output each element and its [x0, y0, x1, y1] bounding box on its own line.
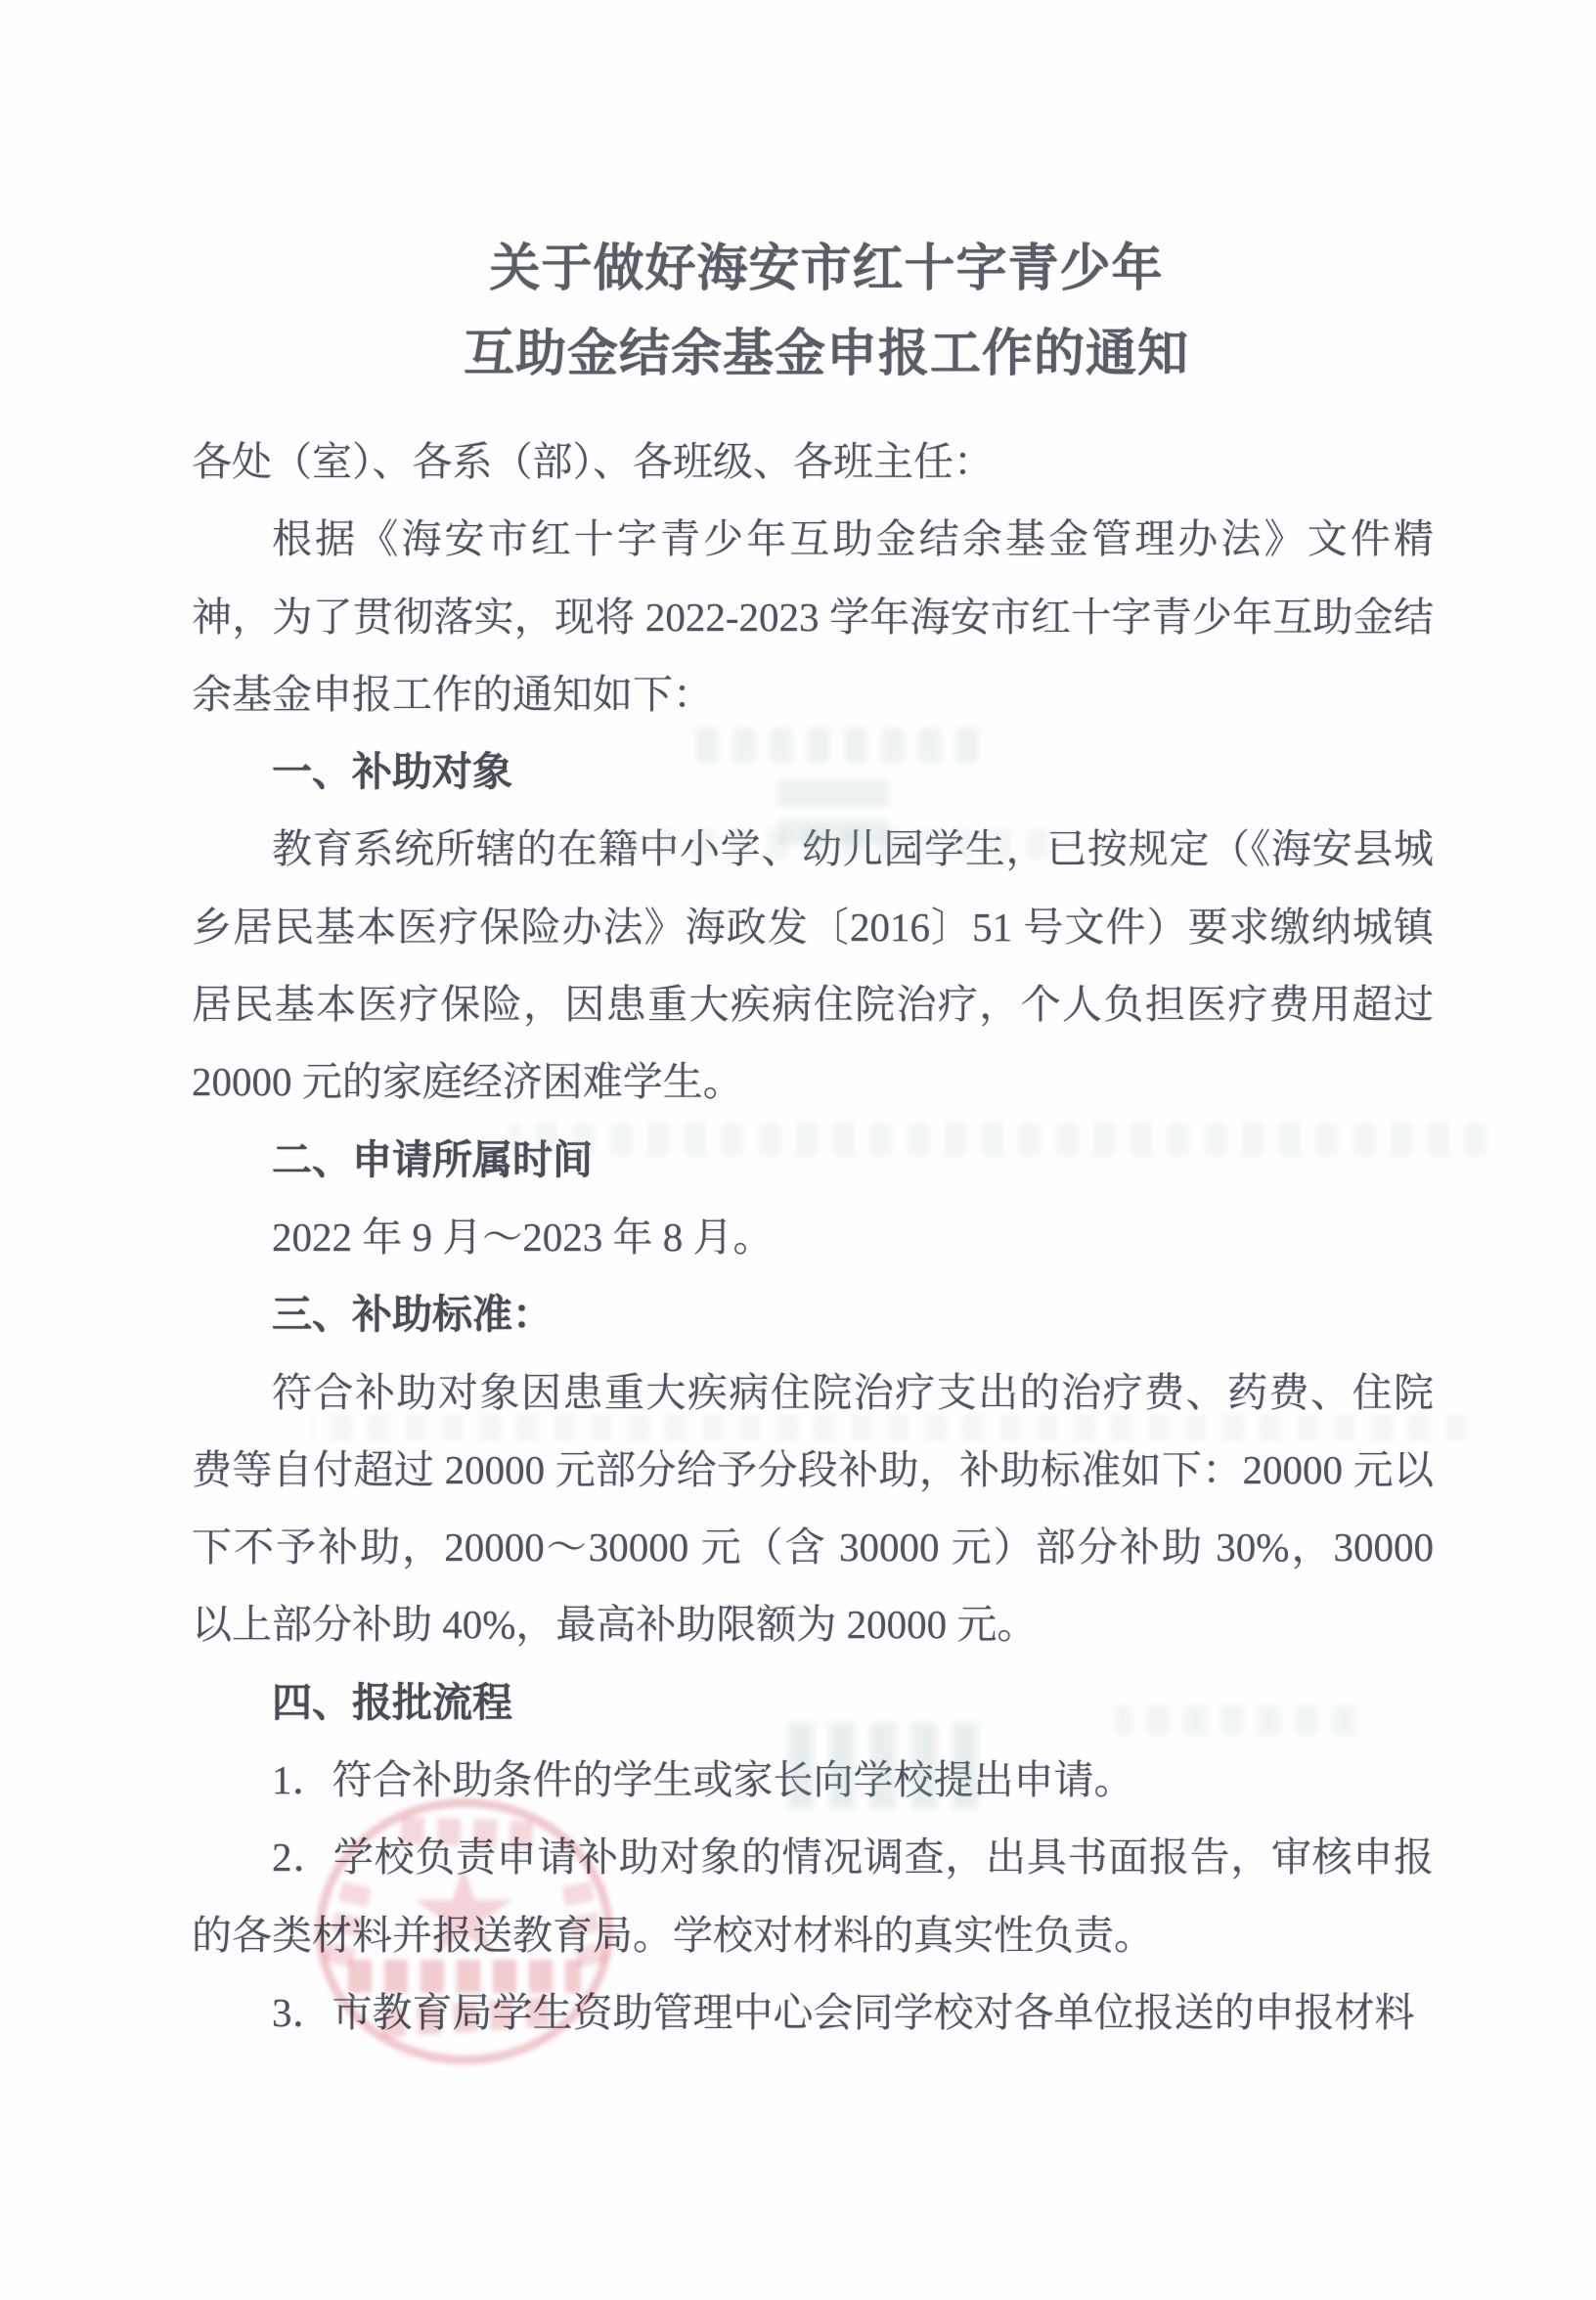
section-4-item-2: 2．学校负责申请补助对象的情况调查，出具书面报告，审核申报的各类材料并报送教育局…	[192, 1819, 1434, 1974]
doc-title: 关于做好海安市红十字青少年 互助金结余基金申报工作的通知	[192, 227, 1434, 397]
section-4-heading: 四、报批流程	[192, 1664, 1434, 1742]
section-3-heading: 三、补助标准：	[192, 1276, 1434, 1353]
section-application-period: 二、申请所属时间 2022 年 9 月～2023 年 8 月。	[192, 1122, 1434, 1277]
doc-title-line1: 关于做好海安市红十字青少年	[219, 227, 1434, 312]
section-approval-process: 四、报批流程 1．符合补助条件的学生或家长向学校提出申请。 2．学校负责申请补助…	[192, 1664, 1434, 2052]
section-2-paragraph: 2022 年 9 月～2023 年 8 月。	[192, 1199, 1434, 1276]
section-subsidy-targets: 一、补助对象 教育系统所辖的在籍中小学、幼儿园学生，已按规定（《海安县城乡居民基…	[192, 733, 1434, 1121]
section-1-paragraph: 教育系统所辖的在籍中小学、幼儿园学生，已按规定（《海安县城乡居民基本医疗保险办法…	[192, 811, 1434, 1121]
intro-paragraph: 根据《海安市红十字青少年互助金结余基金管理办法》文件精神，为了贯彻落实，现将 2…	[192, 501, 1434, 733]
doc-body: 各处（室）、各系（部）、各班级、各班主任： 根据《海安市红十字青少年互助金结余基…	[192, 423, 1434, 2052]
document-page: 关于做好海安市红十字青少年 互助金结余基金申报工作的通知 各处（室）、各系（部）…	[0, 0, 1596, 2300]
salutation: 各处（室）、各系（部）、各班级、各班主任：	[192, 423, 1434, 501]
section-1-heading: 一、补助对象	[192, 733, 1434, 811]
doc-title-line2: 互助金结余基金申报工作的通知	[219, 312, 1434, 397]
section-4-item-3: 3．市教育局学生资助管理中心会同学校对各单位报送的申报材料	[192, 1974, 1434, 2052]
section-4-item-1: 1．符合补助条件的学生或家长向学校提出申请。	[192, 1742, 1434, 1819]
section-2-heading: 二、申请所属时间	[192, 1122, 1434, 1199]
section-subsidy-standard: 三、补助标准： 符合补助对象因患重大疾病住院治疗支出的治疗费、药费、住院费等自付…	[192, 1276, 1434, 1663]
section-3-paragraph: 符合补助对象因患重大疾病住院治疗支出的治疗费、药费、住院费等自付超过 20000…	[192, 1354, 1434, 1664]
